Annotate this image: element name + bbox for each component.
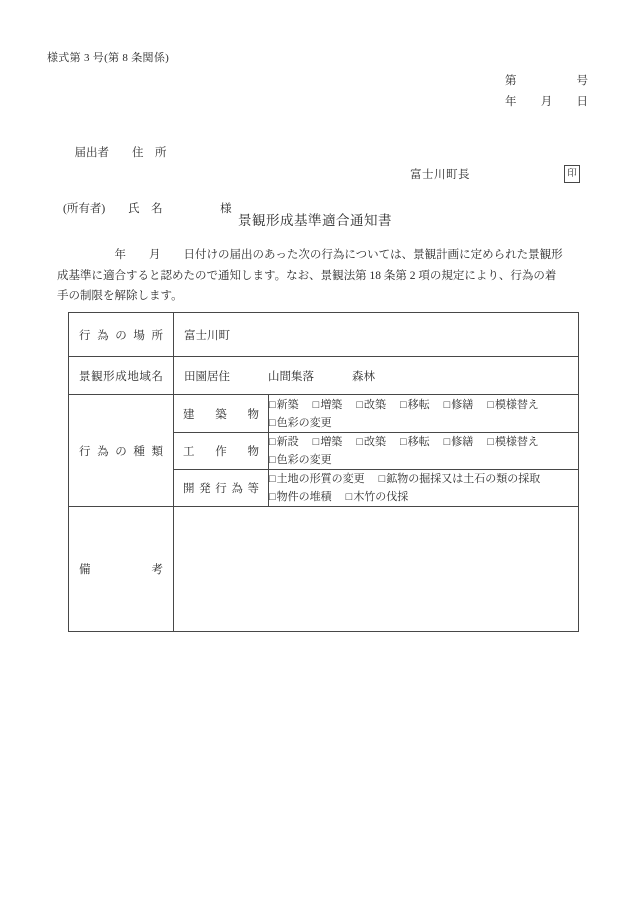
checkbox-label: 移転 (408, 399, 430, 411)
document-number-part: 第 (505, 71, 517, 92)
document-number-block: 第号 年月日 (505, 71, 588, 113)
development-options-line-1: □土地の形質の変更□鉱物の掘採又は土石の類の採取 (269, 470, 578, 488)
zone-name: 山間集落 (268, 368, 314, 384)
checkbox-label: 新築 (277, 399, 299, 411)
checkbox-icon[interactable]: □ (487, 399, 494, 411)
checkbox-icon[interactable]: □ (269, 399, 276, 411)
checkbox-icon[interactable]: □ (400, 399, 407, 411)
checkbox-item[interactable]: □模様替え (487, 433, 539, 451)
table-row-place: 行為の場所 富士川町 (69, 313, 579, 357)
development-options-cell: □土地の形質の変更□鉱物の掘採又は土石の類の採取 □物件の堆積□木竹の伐採 (269, 470, 579, 507)
kind-label: 行為の種類 (69, 443, 173, 459)
checkbox-icon[interactable]: □ (487, 436, 494, 448)
checkbox-label: 移転 (408, 436, 430, 448)
body-line-1: 年 月 日付けの届出のあった次の行為については、景観計画に定められた景観形 (57, 245, 574, 266)
checkbox-icon[interactable]: □ (269, 454, 276, 466)
checkbox-label: 物件の堆積 (277, 491, 332, 503)
checkbox-icon[interactable]: □ (444, 436, 451, 448)
place-value: 富士川町 (174, 327, 578, 343)
checkbox-icon[interactable]: □ (313, 399, 320, 411)
zone-name: 田園居住 (184, 368, 230, 384)
structure-category-cell: 工作物 (174, 433, 269, 470)
checkbox-item[interactable]: □鉱物の掘採又は土石の類の採取 (379, 470, 541, 488)
zone-name: 森林 (352, 368, 375, 384)
checkbox-icon[interactable]: □ (269, 473, 276, 485)
seal-box: 印 (564, 165, 580, 183)
seal-icon: 印 (567, 169, 577, 179)
document-number-line: 第号 (505, 71, 588, 92)
building-options-cell: □新築□増築□改築□移転□修繕□模様替え □色彩の変更 (269, 395, 579, 433)
place-label-cell: 行為の場所 (69, 313, 174, 357)
checkbox-icon[interactable]: □ (379, 473, 386, 485)
checkbox-item[interactable]: □増築 (313, 433, 343, 451)
checkbox-label: 改築 (364, 436, 386, 448)
development-category-label: 開発行為等 (174, 480, 268, 496)
remarks-label: 備考 (69, 561, 173, 577)
checkbox-icon[interactable]: □ (356, 436, 363, 448)
checkbox-icon[interactable]: □ (346, 491, 353, 503)
checkbox-label: 改築 (364, 399, 386, 411)
checkbox-item[interactable]: □物件の堆積 (269, 488, 332, 506)
checkbox-icon[interactable]: □ (269, 436, 276, 448)
form-number: 様式第 3 号(第 8 条関係) (47, 49, 169, 65)
checkbox-item[interactable]: □土地の形質の変更 (269, 470, 365, 488)
table-row-area: 景観形成地域名 田園居住山間集落森林 (69, 357, 579, 395)
document-number-part: 号 (577, 71, 589, 92)
document-page: { "colors": { "ink": "#2b2b2b", "table_b… (0, 0, 630, 915)
structure-options-line-1: □新設□増築□改築□移転□修繕□模様替え (269, 433, 578, 451)
checkbox-label: 修繕 (451, 436, 473, 448)
body-paragraph: 年 月 日付けの届出のあった次の行為については、景観計画に定められた景観形 成基… (57, 245, 574, 307)
checkbox-item[interactable]: □改築 (356, 433, 386, 451)
checkbox-item[interactable]: □修繕 (444, 433, 474, 451)
checkbox-item[interactable]: □新設 (269, 433, 299, 451)
development-category-cell: 開発行為等 (174, 470, 269, 507)
body-line-2: 成基準に適合すると認めたので通知します。なお、景観法第 18 条第 2 項の規定… (57, 266, 574, 287)
area-label: 景観形成地域名 (69, 368, 173, 384)
checkbox-item[interactable]: □木竹の伐採 (346, 488, 409, 506)
checkbox-item[interactable]: □新築 (269, 396, 299, 414)
remarks-label-cell: 備考 (69, 507, 174, 632)
checkbox-item[interactable]: □色彩の変更 (269, 414, 332, 432)
checkbox-label: 色彩の変更 (277, 454, 332, 466)
checkbox-icon[interactable]: □ (269, 491, 276, 503)
area-zones: 田園居住山間集落森林 (174, 368, 578, 384)
checkbox-label: 増築 (320, 436, 342, 448)
checkbox-item[interactable]: □増築 (313, 396, 343, 414)
place-value-cell: 富士川町 (174, 313, 579, 357)
checkbox-item[interactable]: □移転 (400, 433, 430, 451)
checkbox-label: 修繕 (451, 399, 473, 411)
page-title: 景観形成基準適合通知書 (0, 209, 630, 229)
checkbox-icon[interactable]: □ (400, 436, 407, 448)
checkbox-label: 新設 (277, 436, 299, 448)
date-part: 年 (505, 92, 517, 113)
checkbox-item[interactable]: □修繕 (444, 396, 474, 414)
date-part: 月 (541, 92, 553, 113)
structure-options-cell: □新設□増築□改築□移転□修繕□模様替え □色彩の変更 (269, 433, 579, 470)
table-row-remarks: 備考 (69, 507, 579, 632)
mayor-name: 富士川町長 (410, 166, 470, 182)
checkbox-icon[interactable]: □ (313, 436, 320, 448)
checkbox-icon[interactable]: □ (269, 417, 276, 429)
checkbox-label: 色彩の変更 (277, 417, 332, 429)
addressee-line-1: 届出者 住 所 (63, 144, 232, 163)
checkbox-icon[interactable]: □ (444, 399, 451, 411)
checkbox-icon[interactable]: □ (356, 399, 363, 411)
building-options-line-1: □新築□増築□改築□移転□修繕□模様替え (269, 396, 578, 414)
checkbox-label: 鉱物の掘採又は土石の類の採取 (386, 473, 540, 485)
checkbox-item[interactable]: □模様替え (487, 396, 539, 414)
date-part: 日 (577, 92, 589, 113)
area-value-cell: 田園居住山間集落森林 (174, 357, 579, 395)
main-table: 行為の場所 富士川町 景観形成地域名 田園居住山間集落森林 行為の種類 建築物 … (68, 312, 579, 632)
checkbox-label: 土地の形質の変更 (277, 473, 365, 485)
checkbox-label: 模様替え (495, 399, 539, 411)
checkbox-label: 木竹の伐採 (353, 491, 408, 503)
remarks-value-cell (174, 507, 579, 632)
checkbox-item[interactable]: □改築 (356, 396, 386, 414)
checkbox-label: 模様替え (495, 436, 539, 448)
area-label-cell: 景観形成地域名 (69, 357, 174, 395)
date-line: 年月日 (505, 92, 588, 113)
checkbox-label: 増築 (320, 399, 342, 411)
structure-category-label: 工作物 (174, 443, 268, 459)
place-label: 行為の場所 (69, 327, 173, 343)
building-category-cell: 建築物 (174, 395, 269, 433)
development-options-line-2: □物件の堆積□木竹の伐採 (269, 488, 578, 506)
checkbox-item[interactable]: □色彩の変更 (269, 451, 332, 469)
table-row-building: 行為の種類 建築物 □新築□増築□改築□移転□修繕□模様替え □色彩の変更 (69, 395, 579, 433)
kind-label-cell: 行為の種類 (69, 395, 174, 507)
structure-options-line-2: □色彩の変更 (269, 451, 578, 469)
building-category-label: 建築物 (174, 406, 268, 422)
building-options-line-2: □色彩の変更 (269, 414, 578, 432)
body-line-3: 手の制限を解除します。 (57, 286, 574, 307)
checkbox-item[interactable]: □移転 (400, 396, 430, 414)
